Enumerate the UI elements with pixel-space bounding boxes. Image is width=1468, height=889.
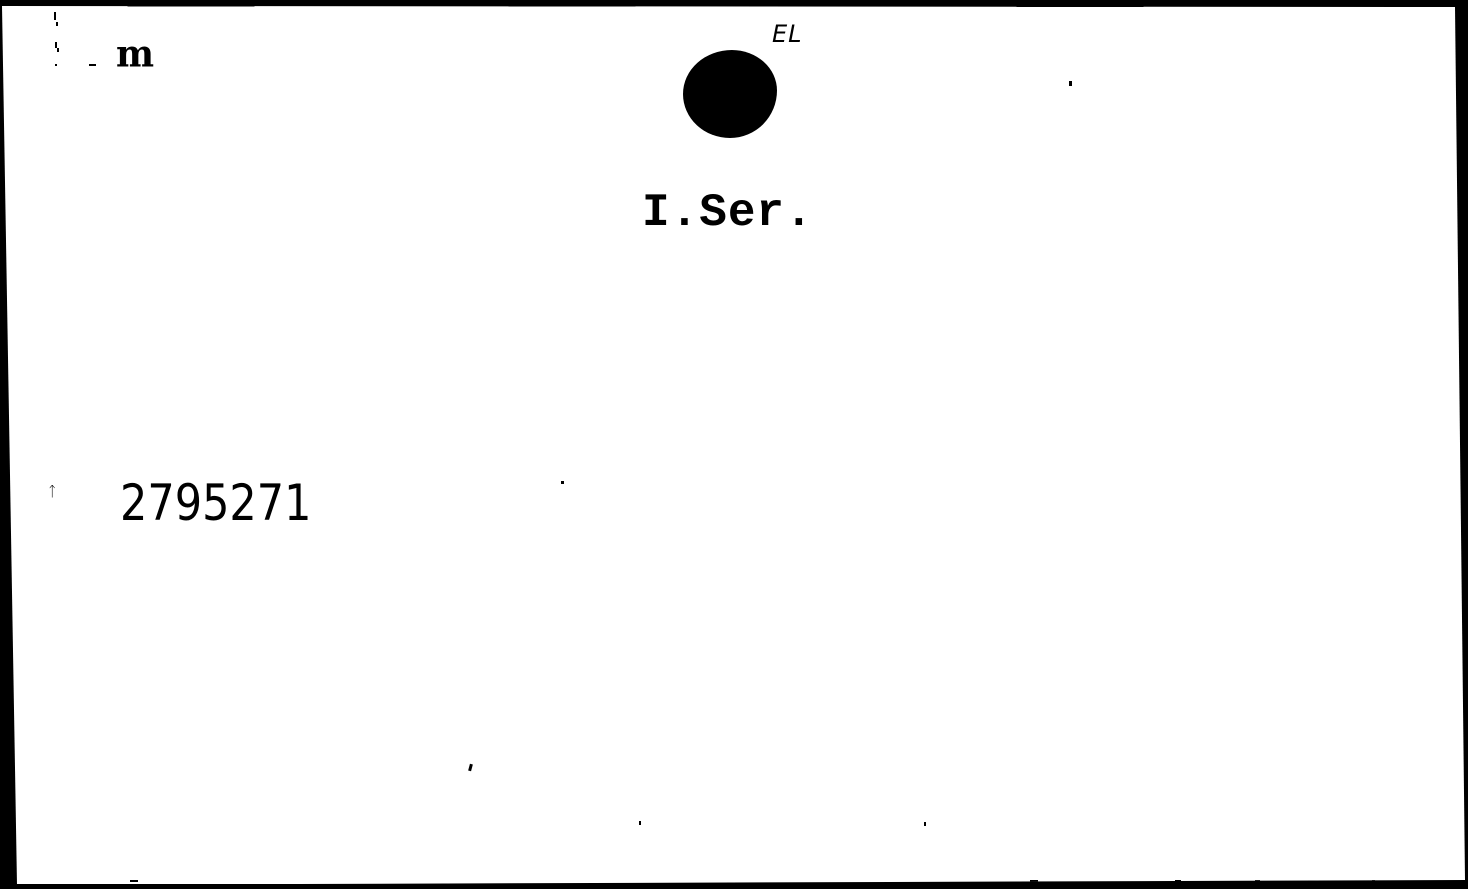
scan-bottom-edge	[17, 884, 1467, 889]
index-card: m EL I.Ser. ᛏ 2795271	[0, 0, 1468, 889]
scan-speck	[1069, 81, 1072, 86]
scan-speck	[924, 822, 926, 826]
scan-speck	[1255, 880, 1260, 882]
dash-mark	[89, 64, 96, 66]
corner-letter-mark: m	[116, 35, 152, 73]
scan-speck	[1175, 880, 1181, 882]
card-number: 2795271	[120, 478, 312, 528]
scan-speck	[639, 821, 641, 825]
scan-speck	[1372, 880, 1375, 882]
punch-hole	[683, 50, 777, 138]
series-label: I.Ser.	[642, 190, 814, 236]
handwritten-initials: EL	[772, 20, 803, 48]
scan-speck	[130, 880, 138, 882]
scan-speck	[1030, 880, 1038, 882]
scan-speck	[468, 764, 473, 772]
tick-mark: ᛏ	[48, 484, 56, 500]
scan-speck	[561, 481, 564, 484]
scan-noise-specks	[48, 8, 108, 68]
